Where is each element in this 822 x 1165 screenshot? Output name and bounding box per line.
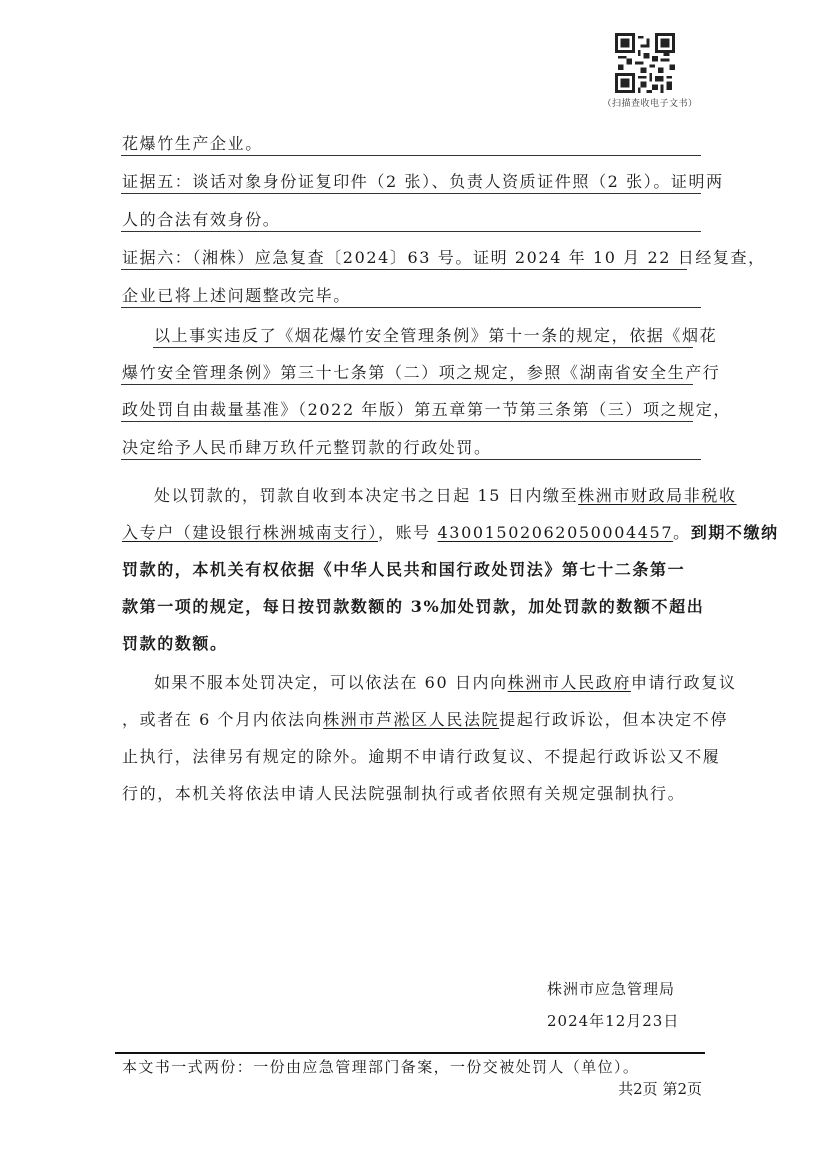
issuing-agency: 株洲市应急管理局 (547, 978, 675, 999)
account-number: 43001502062050004457 (438, 523, 674, 542)
appeal-text: 如果不服本处罚决定，可以依法在 60 日内向 (154, 673, 508, 692)
evidence-five-line: 证据五：谈话对象身份证复印件（2 张）、负责人资质证件照（2 张）。证明两 (122, 171, 724, 193)
penalty-warning: 到期不缴纳 (691, 523, 779, 542)
issue-date: 2024年12月23日 (547, 1010, 679, 1031)
evidence-line: 花爆竹生产企业。 (122, 133, 263, 155)
appeal-text: 申请行政复议 (631, 673, 737, 692)
footer-divider (115, 1052, 705, 1054)
decision-line: 决定给予人民币肆万玖仟元整罚款的行政处罚。 (122, 437, 492, 459)
underline-rule (121, 384, 693, 385)
penalty-warning-line: 款第一项的规定，每日按罚款数额的 3%加处罚款，加处罚款的数额不超出 (122, 596, 704, 618)
underline-rule (121, 269, 687, 270)
qr-code-icon[interactable] (615, 33, 675, 93)
underline-rule (153, 347, 693, 348)
decision-line: 以上事实违反了《烟花爆竹安全管理条例》第十一条的规定，依据《烟花 (122, 325, 717, 347)
evidence-line: 人的合法有效身份。 (122, 209, 280, 231)
punctuation: 。 (673, 523, 691, 542)
appeal-line: 止执行，法律另有规定的除外。逾期不申请行政复议、不提起行政诉讼又不履 (122, 746, 720, 768)
underline-rule (121, 421, 693, 422)
appeal-line: 行的，本机关将依法申请人民法院强制执行或者依照有关规定强制执行。 (122, 783, 685, 805)
appeal-line: ，或者在 6 个月内依法向株洲市芦淞区人民法院提起行政诉讼，但本决定不停 (122, 709, 728, 731)
appeal-line: 如果不服本处罚决定，可以依法在 60 日内向株洲市人民政府申请行政复议 (122, 672, 737, 694)
payment-text: ，账号 (378, 523, 438, 542)
underline-rule (121, 155, 701, 156)
evidence-line: 企业已将上述问题整改完毕。 (122, 285, 351, 307)
underline-rule (121, 231, 701, 232)
bank-name: 入专户（建设银行株洲城南支行） (122, 523, 378, 542)
evidence-six-line: 证据六：（湘株）应急复查〔2024〕63 号。证明 2024 年 10 月 22… (122, 247, 766, 269)
underline-rule (121, 307, 701, 308)
payment-line: 处以罚款的，罚款自收到本决定书之日起 15 日内缴至株洲市财政局非税收 (122, 485, 737, 507)
payment-line: 入专户（建设银行株洲城南支行），账号 43001502062050004457。… (122, 522, 779, 544)
penalty-warning-line: 罚款的，本机关有权依据《中华人民共和国行政处罚法》第七十二条第一 (122, 559, 685, 581)
appeal-text: 提起行政诉讼，但本决定不停 (499, 710, 728, 729)
court-name: 株洲市芦淞区人民法院 (323, 710, 499, 729)
qr-caption: （扫描查收电子文书） (600, 96, 700, 109)
decision-line: 政处罚自由裁量基准》（2022 年版）第五章第一节第三条第（三）项之规定， (122, 399, 731, 421)
page-indicator: 共2页 第2页 (618, 1078, 702, 1099)
payment-text: 处以罚款的，罚款自收到本决定书之日起 15 日内缴至 (154, 486, 578, 505)
treasury-account-name: 株洲市财政局非税收 (578, 486, 736, 505)
review-authority: 株洲市人民政府 (508, 673, 631, 692)
penalty-warning-line: 罚款的数额。 (122, 633, 228, 655)
decision-line: 爆竹安全管理条例》第三十七条第（二）项之规定，参照《湖南省安全生产行 (122, 362, 720, 384)
underline-rule (121, 193, 701, 194)
underline-rule (121, 459, 701, 460)
footer-note: 本文书一式两份：一份由应急管理部门备案，一份交被处罚人（单位）。 (122, 1056, 639, 1077)
appeal-text: ，或者在 6 个月内依法向 (122, 710, 323, 729)
